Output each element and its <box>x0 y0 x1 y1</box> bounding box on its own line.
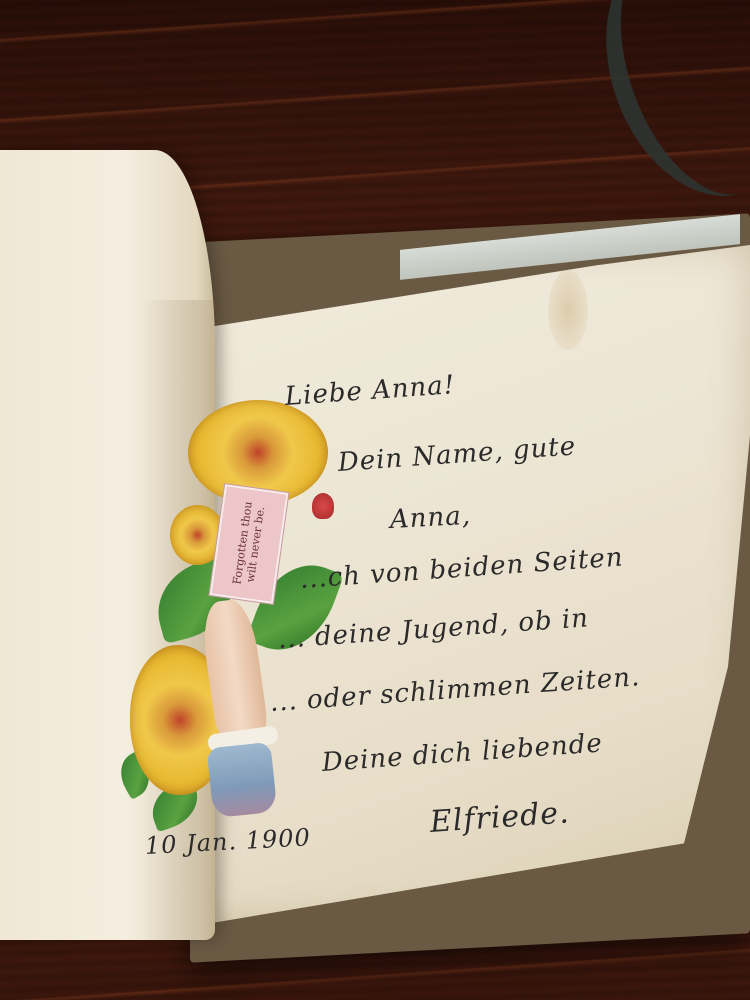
blue-sleeve <box>207 742 278 818</box>
rose-bud <box>312 493 334 519</box>
handwriting-line-3: Anna, <box>389 501 472 535</box>
paper-stain <box>548 270 588 350</box>
motto-text: Forgotten thou wilt never be. <box>230 501 267 588</box>
victorian-scrap: Forgotten thou wilt never be. <box>120 395 345 830</box>
